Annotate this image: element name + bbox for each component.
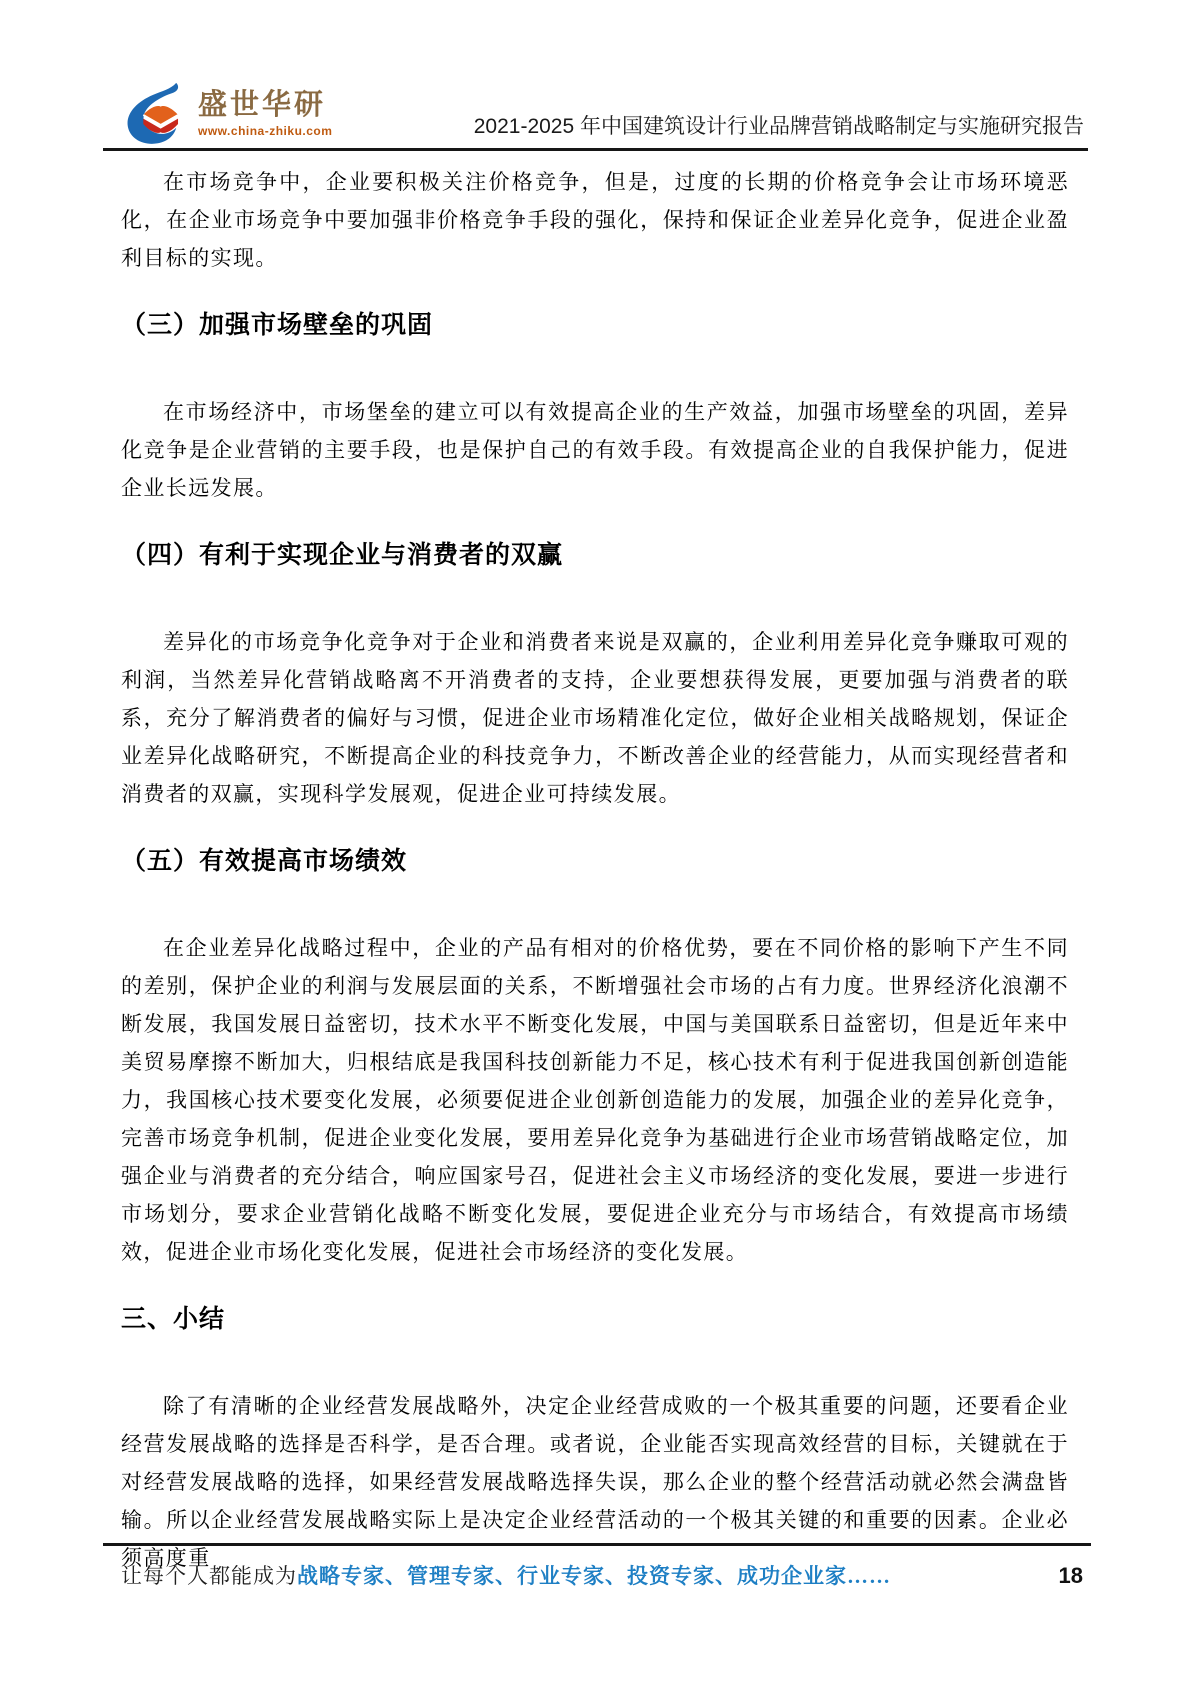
brand-website: www.china-zhiku.com bbox=[198, 125, 332, 137]
section-heading-market-performance: （五）有效提高市场绩效 bbox=[121, 845, 1069, 877]
footer-slogan: 让每个人都能成为战略专家、管理专家、行业专家、投资专家、成功企业家…… bbox=[121, 1560, 891, 1590]
footer-divider bbox=[103, 1543, 1091, 1546]
paragraph: 在市场经济中，市场堡垒的建立可以有效提高企业的生产效益，加强市场壁垒的巩固，差异… bbox=[121, 393, 1069, 507]
brand-name: 盛世华研 bbox=[198, 91, 332, 120]
paragraph: 在企业差异化战略过程中，企业的产品有相对的价格优势，要在不同价格的影响下产生不同… bbox=[121, 929, 1069, 1271]
book-swirl-logo-icon bbox=[125, 82, 189, 146]
document-page: 盛世华研 www.china-zhiku.com 2021-2025 年中国建筑… bbox=[0, 0, 1191, 1684]
page-number: 18 bbox=[1059, 1563, 1083, 1589]
paragraph: 除了有清晰的企业经营发展战略外，决定企业经营成败的一个极其重要的问题，还要看企业… bbox=[121, 1387, 1069, 1577]
logo-text-block: 盛世华研 www.china-zhiku.com bbox=[198, 91, 332, 137]
slogan-prefix: 让每个人都能成为 bbox=[121, 1564, 297, 1588]
section-heading-win-win: （四）有利于实现企业与消费者的双赢 bbox=[121, 539, 1069, 571]
page-footer: 让每个人都能成为战略专家、管理专家、行业专家、投资专家、成功企业家…… 18 bbox=[121, 1560, 1083, 1590]
slogan-highlight: 战略专家、管理专家、行业专家、投资专家、成功企业家…… bbox=[297, 1564, 891, 1588]
page-header: 盛世华研 www.china-zhiku.com 2021-2025 年中国建筑… bbox=[103, 0, 1088, 151]
paragraph: 差异化的市场竞争化竞争对于企业和消费者来说是双赢的，企业利用差异化竞争赚取可观的… bbox=[121, 623, 1069, 813]
brand-logo: 盛世华研 www.china-zhiku.com bbox=[125, 82, 332, 146]
document-body: 在市场竞争中，企业要积极关注价格竞争，但是，过度的长期的价格竞争会让市场环境恶化… bbox=[121, 151, 1069, 1577]
intro-paragraph: 在市场竞争中，企业要积极关注价格竞争，但是，过度的长期的价格竞争会让市场环境恶化… bbox=[121, 163, 1069, 277]
report-title: 2021-2025 年中国建筑设计行业品牌营销战略制定与实施研究报告 bbox=[474, 110, 1088, 148]
section-heading-market-barrier: （三）加强市场壁垒的巩固 bbox=[121, 309, 1069, 341]
section-heading-summary: 三、小结 bbox=[121, 1303, 1069, 1335]
